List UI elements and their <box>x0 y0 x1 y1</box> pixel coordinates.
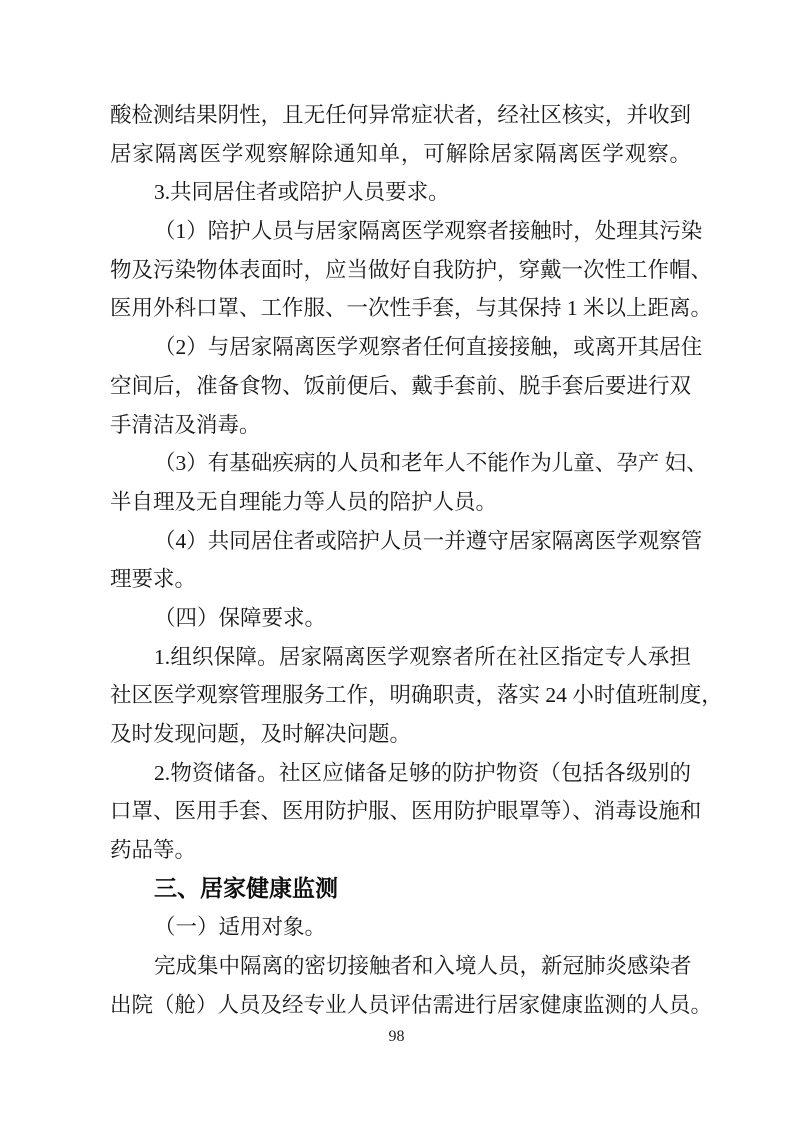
text-line: （一）适用对象。 <box>110 908 691 947</box>
text-line: （4）共同居住者或陪护人员一并遵守居家隔离医学观察管 <box>110 522 691 561</box>
text-line: 出院（舱）人员及经专业人员评估需进行居家健康监测的人员。 <box>110 986 691 1025</box>
text-line: （3）有基础疾病的人员和老年人不能作为儿童、孕产 妇、 <box>110 444 691 483</box>
text-line: （四）保障要求。 <box>110 599 691 638</box>
para-item-3-cohabitant-requirements: 3.共同居住者或陪护人员要求。 <box>110 173 691 212</box>
para-applicable-persons: 完成集中隔离的密切接触者和入境人员，新冠肺炎感染者出院（舱）人员及经专业人员评估… <box>110 947 691 1024</box>
text-line: 理要求。 <box>110 560 691 599</box>
text-line: （2）与居家隔离医学观察者任何直接接触，或离开其居住 <box>110 328 691 367</box>
text-line: 医用外科口罩、工作服、一次性手套，与其保持 1 米以上距离。 <box>110 289 691 328</box>
text-line: 社区医学观察管理服务工作，明确职责，落实 24 小时值班制度， <box>110 676 691 715</box>
text-line: 及时发现问题，及时解决问题。 <box>110 715 691 754</box>
text-line: 3.共同居住者或陪护人员要求。 <box>110 173 691 212</box>
text-line: 口罩、医用手套、医用防护服、医用防护眼罩等）、消毒设施和 <box>110 792 691 831</box>
para-item-3-3: （3）有基础疾病的人员和老年人不能作为儿童、孕产 妇、半自理及无自理能力等人员的… <box>110 444 691 521</box>
text-line: 居家隔离医学观察解除通知单，可解除居家隔离医学观察。 <box>110 135 691 174</box>
text-line: 完成集中隔离的密切接触者和入境人员，新冠肺炎感染者 <box>110 947 691 986</box>
text-line: 1.组织保障。居家隔离医学观察者所在社区指定专人承担 <box>110 638 691 677</box>
para-item-3-1: （1）陪护人员与居家隔离医学观察者接触时，处理其污染物及污染物体表面时，应当做好… <box>110 212 691 328</box>
text-line: （1）陪护人员与居家隔离医学观察者接触时，处理其污染 <box>110 212 691 251</box>
para-subheading-1-applicable: （一）适用对象。 <box>110 908 691 947</box>
text-line: 空间后，准备食物、饭前便后、戴手套前、脱手套后要进行双 <box>110 367 691 406</box>
para-item-4-2-supplies: 2.物资储备。社区应储备足够的防护物资（包括各级别的口罩、医用手套、医用防护服、… <box>110 754 691 870</box>
para-section-3-home-health-monitoring: 三、居家健康监测 <box>110 870 691 909</box>
text-line: 手清洁及消毒。 <box>110 406 691 445</box>
para-continuation-release: 酸检测结果阴性，且无任何异常症状者，经社区核实，并收到居家隔离医学观察解除通知单… <box>110 96 691 173</box>
document-body: 酸检测结果阴性，且无任何异常症状者，经社区核实，并收到居家隔离医学观察解除通知单… <box>110 96 691 1025</box>
para-item-4-1-organization: 1.组织保障。居家隔离医学观察者所在社区指定专人承担社区医学观察管理服务工作，明… <box>110 638 691 754</box>
text-line: 2.物资储备。社区应储备足够的防护物资（包括各级别的 <box>110 754 691 793</box>
text-line: 酸检测结果阴性，且无任何异常症状者，经社区核实，并收到 <box>110 96 691 135</box>
page-number: 98 <box>0 1027 793 1047</box>
text-line: 半自理及无自理能力等人员的陪护人员。 <box>110 483 691 522</box>
text-line: 三、居家健康监测 <box>110 870 691 909</box>
para-subheading-4-support: （四）保障要求。 <box>110 599 691 638</box>
para-item-3-2: （2）与居家隔离医学观察者任何直接接触，或离开其居住空间后，准备食物、饭前便后、… <box>110 328 691 444</box>
text-line: 物及污染物体表面时，应当做好自我防护，穿戴一次性工作帽、 <box>110 251 691 290</box>
text-line: 药品等。 <box>110 831 691 870</box>
document-page: 酸检测结果阴性，且无任何异常症状者，经社区核实，并收到居家隔离医学观察解除通知单… <box>0 0 793 1122</box>
para-item-3-4: （4）共同居住者或陪护人员一并遵守居家隔离医学观察管理要求。 <box>110 522 691 599</box>
